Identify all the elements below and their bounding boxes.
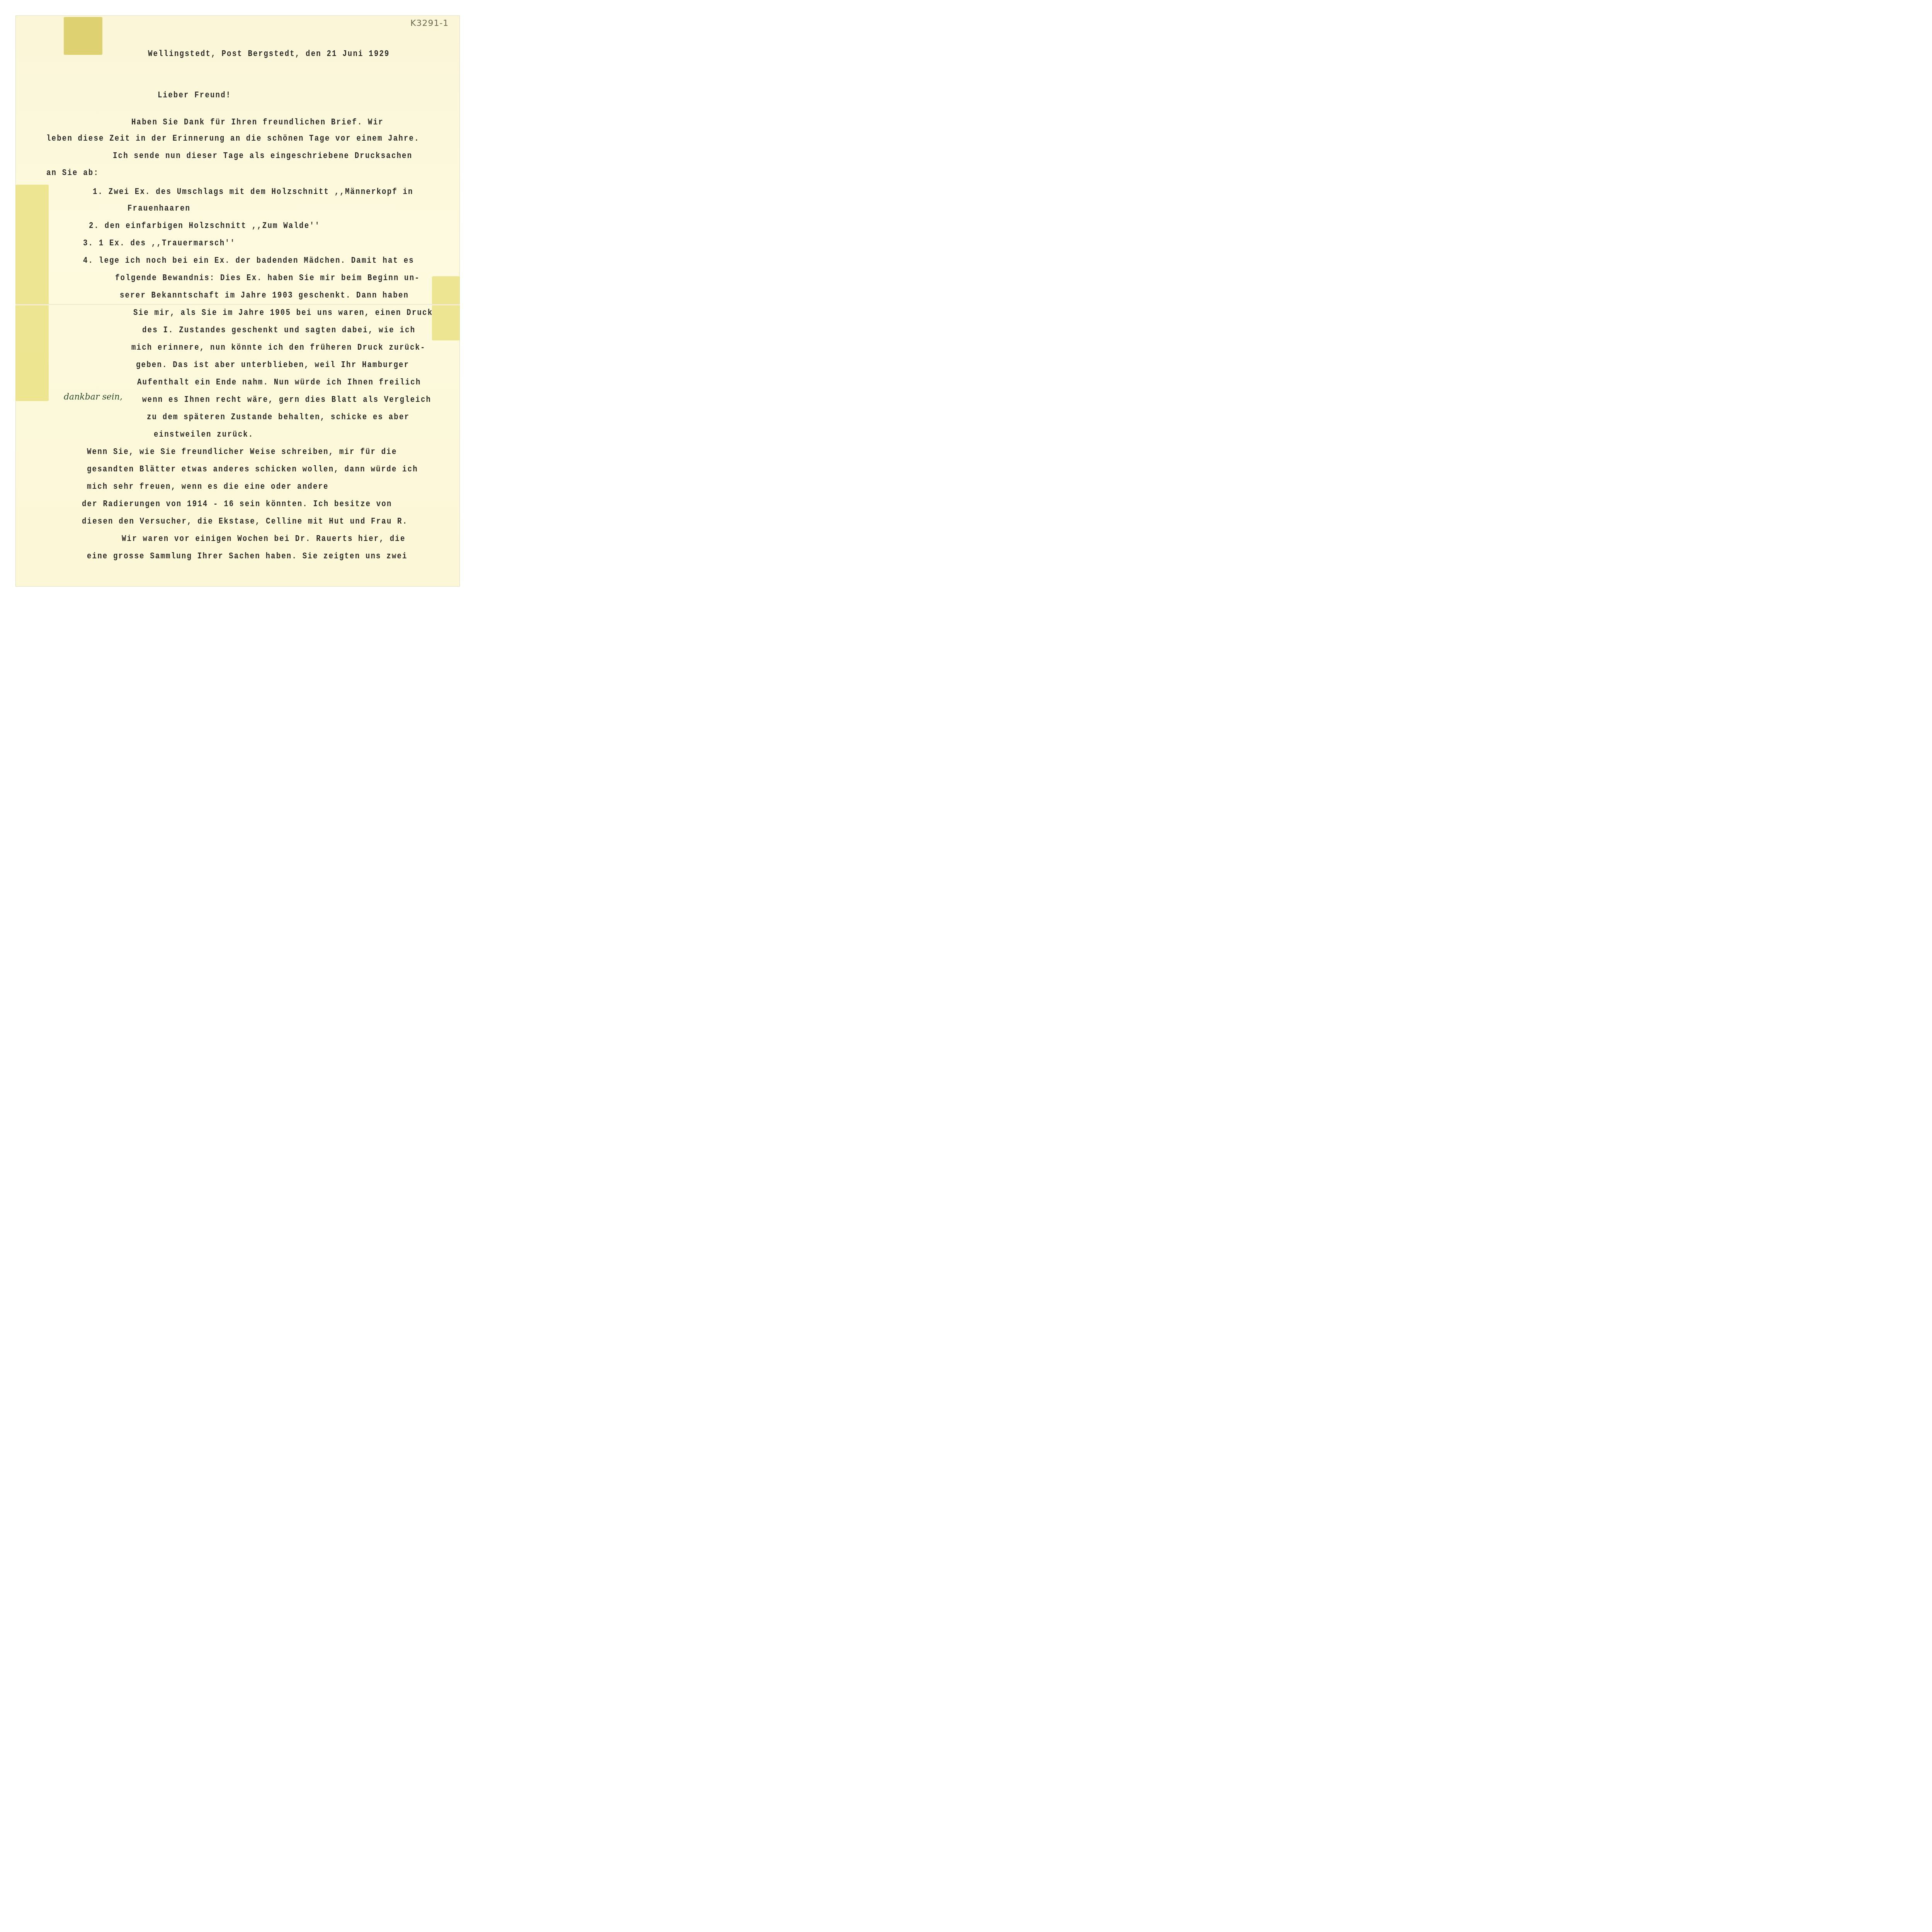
- place-date-line: Wellingstedt, Post Bergstedt, den 21 Jun…: [148, 49, 390, 58]
- paper-fold-crease: [15, 304, 460, 305]
- list-item-2: 2. den einfarbigen Holzschnitt ,,Zum Wal…: [89, 221, 320, 230]
- body-line: eine grosse Sammlung Ihrer Sachen haben.…: [87, 551, 408, 561]
- body-line: gesandten Blätter etwas anderes schicken…: [87, 464, 418, 474]
- list-item-1: 1. Zwei Ex. des Umschlags mit dem Holzsc…: [93, 187, 413, 196]
- body-line: des I. Zustandes geschenkt und sagten da…: [142, 325, 415, 335]
- body-line: Ich sende nun dieser Tage als eingeschri…: [113, 151, 412, 160]
- body-line: mich sehr freuen, wenn es die eine oder …: [87, 481, 329, 491]
- body-line: Wir waren vor einigen Wochen bei Dr. Rau…: [122, 534, 406, 543]
- adhesive-tape-left: [15, 185, 49, 401]
- body-line: Sie mir, als Sie im Jahre 1905 bei uns w…: [133, 308, 433, 317]
- body-line: Wenn Sie, wie Sie freundlicher Weise sch…: [87, 447, 397, 456]
- adhesive-tape-top: [64, 17, 102, 55]
- body-line: serer Bekanntschaft im Jahre 1903 gesche…: [120, 290, 409, 300]
- body-line: der Radierungen von 1914 - 16 sein könnt…: [82, 499, 392, 509]
- body-line: diesen den Versucher, die Ekstase, Celli…: [82, 516, 408, 526]
- body-line: Haben Sie Dank für Ihren freundlichen Br…: [131, 117, 384, 127]
- body-line: einstweilen zurück.: [154, 429, 253, 439]
- handwritten-margin-note: dankbar sein,: [64, 392, 122, 402]
- body-line: folgende Bewandnis: Dies Ex. haben Sie m…: [115, 273, 420, 282]
- body-line: an Sie ab:: [46, 168, 99, 177]
- letter-page: K3291-1 Wellingstedt, Post Bergstedt, de…: [15, 15, 460, 587]
- archive-number: K3291-1: [410, 19, 449, 28]
- list-item-1-cont: Frauenhaaren: [128, 203, 190, 213]
- body-line: mich erinnere, nun könnte ich den früher…: [131, 342, 426, 352]
- body-line: zu dem späteren Zustande behalten, schic…: [147, 412, 410, 422]
- body-line: geben. Das ist aber unterblieben, weil I…: [136, 360, 409, 369]
- list-item-4: 4. lege ich noch bei ein Ex. der badende…: [83, 255, 414, 265]
- adhesive-tape-right: [432, 276, 460, 340]
- salutation: Lieber Freund!: [158, 90, 231, 100]
- body-line: leben diese Zeit in der Erinnerung an di…: [46, 133, 420, 143]
- body-line: wenn es Ihnen recht wäre, gern dies Blat…: [142, 395, 431, 404]
- list-item-3: 3. 1 Ex. des ,,Trauermarsch'': [83, 238, 235, 248]
- body-line: Aufenthalt ein Ende nahm. Nun würde ich …: [137, 377, 421, 387]
